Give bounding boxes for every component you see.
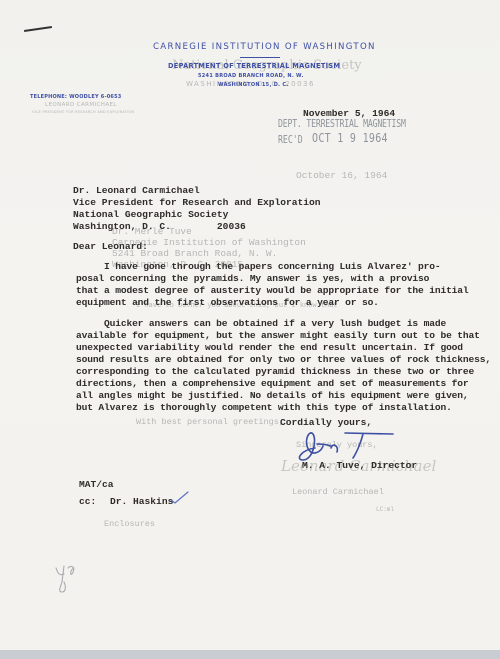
ghost-date: October 16, 1964	[296, 170, 387, 181]
letterhead-institution: CARNEGIE INSTITUTION OF WASHINGTON	[153, 42, 376, 52]
body-line: corresponding to the calculated pyramid …	[76, 366, 474, 377]
body-line: directions, then a comprehensive equipme…	[76, 378, 469, 389]
recipient-line: Washington, D. C. 20036	[73, 221, 246, 232]
cc-label: cc:	[79, 496, 96, 507]
ghost-sender-title: VICE PRESIDENT FOR RESEARCH AND EXPLORAT…	[32, 110, 134, 114]
body-line: unexpected variability would render the …	[76, 342, 463, 353]
recipient-line: Dr. Leonard Carmichael	[73, 185, 200, 196]
letter-page: National Geographic Society WASHINGTON, …	[0, 0, 500, 650]
body-line: that a modest degree of austerity would …	[76, 285, 469, 296]
recipient-line: National Geographic Society	[73, 209, 228, 220]
body-line: Quicker answers can be obtained if a ver…	[76, 318, 446, 329]
body-line: available for equipment, but the answer …	[76, 330, 480, 341]
letterhead-department: DEPARTMENT OF TERRESTRIAL MAGNETISM	[168, 62, 340, 70]
closing: Cordially yours,	[280, 417, 372, 428]
letter-date: November 5, 1964	[303, 108, 395, 119]
body-line: equipment and the first observations for…	[76, 297, 379, 308]
body-line: I have gone through the papers concernin…	[76, 261, 440, 272]
letterhead-rule	[240, 57, 280, 58]
ghost-greeting: With best personal greetings,	[136, 417, 284, 427]
pencil-annotation-icon	[52, 558, 82, 598]
letterhead-telephone: TELEPHONE: WOODLEY 6-0653	[30, 94, 121, 100]
body-line: but Alvarez is thoroughly competent with…	[76, 402, 452, 413]
recipient-line: Vice President for Research and Explorat…	[73, 197, 321, 208]
signer-name: M. A. Tuve, Director	[302, 460, 417, 471]
ghost-enclosures: Enclosures	[104, 519, 155, 529]
salutation: Dear Leonard:	[73, 241, 148, 252]
letterhead-address: 5241 BROAD BRANCH ROAD, N. W.	[198, 73, 304, 79]
scan-bottom-edge	[0, 650, 500, 659]
ghost-initials: LC:ml	[376, 506, 394, 513]
body-line: all angles might be justified. No detail…	[76, 390, 469, 401]
ghost-typed-name: Leonard Carmichael	[292, 487, 384, 497]
letterhead-city: WASHINGTON 15, D. C.	[218, 82, 289, 88]
check-mark-icon	[170, 491, 190, 505]
received-stamp-label: REC'D	[278, 133, 303, 146]
cc-recipient: Dr. Haskins	[110, 496, 173, 507]
ghost-sender-name: LEONARD CARMICHAEL	[45, 102, 117, 108]
reference-initials: MAT/ca	[79, 479, 114, 490]
body-line: posal concerning the pyramids. My answer…	[76, 273, 429, 284]
received-stamp-date: OCT 1 9 1964	[312, 132, 388, 146]
stray-pen-mark	[24, 26, 52, 32]
signature-mark	[293, 430, 413, 462]
body-line: sound results are obtained for only two …	[76, 354, 491, 365]
